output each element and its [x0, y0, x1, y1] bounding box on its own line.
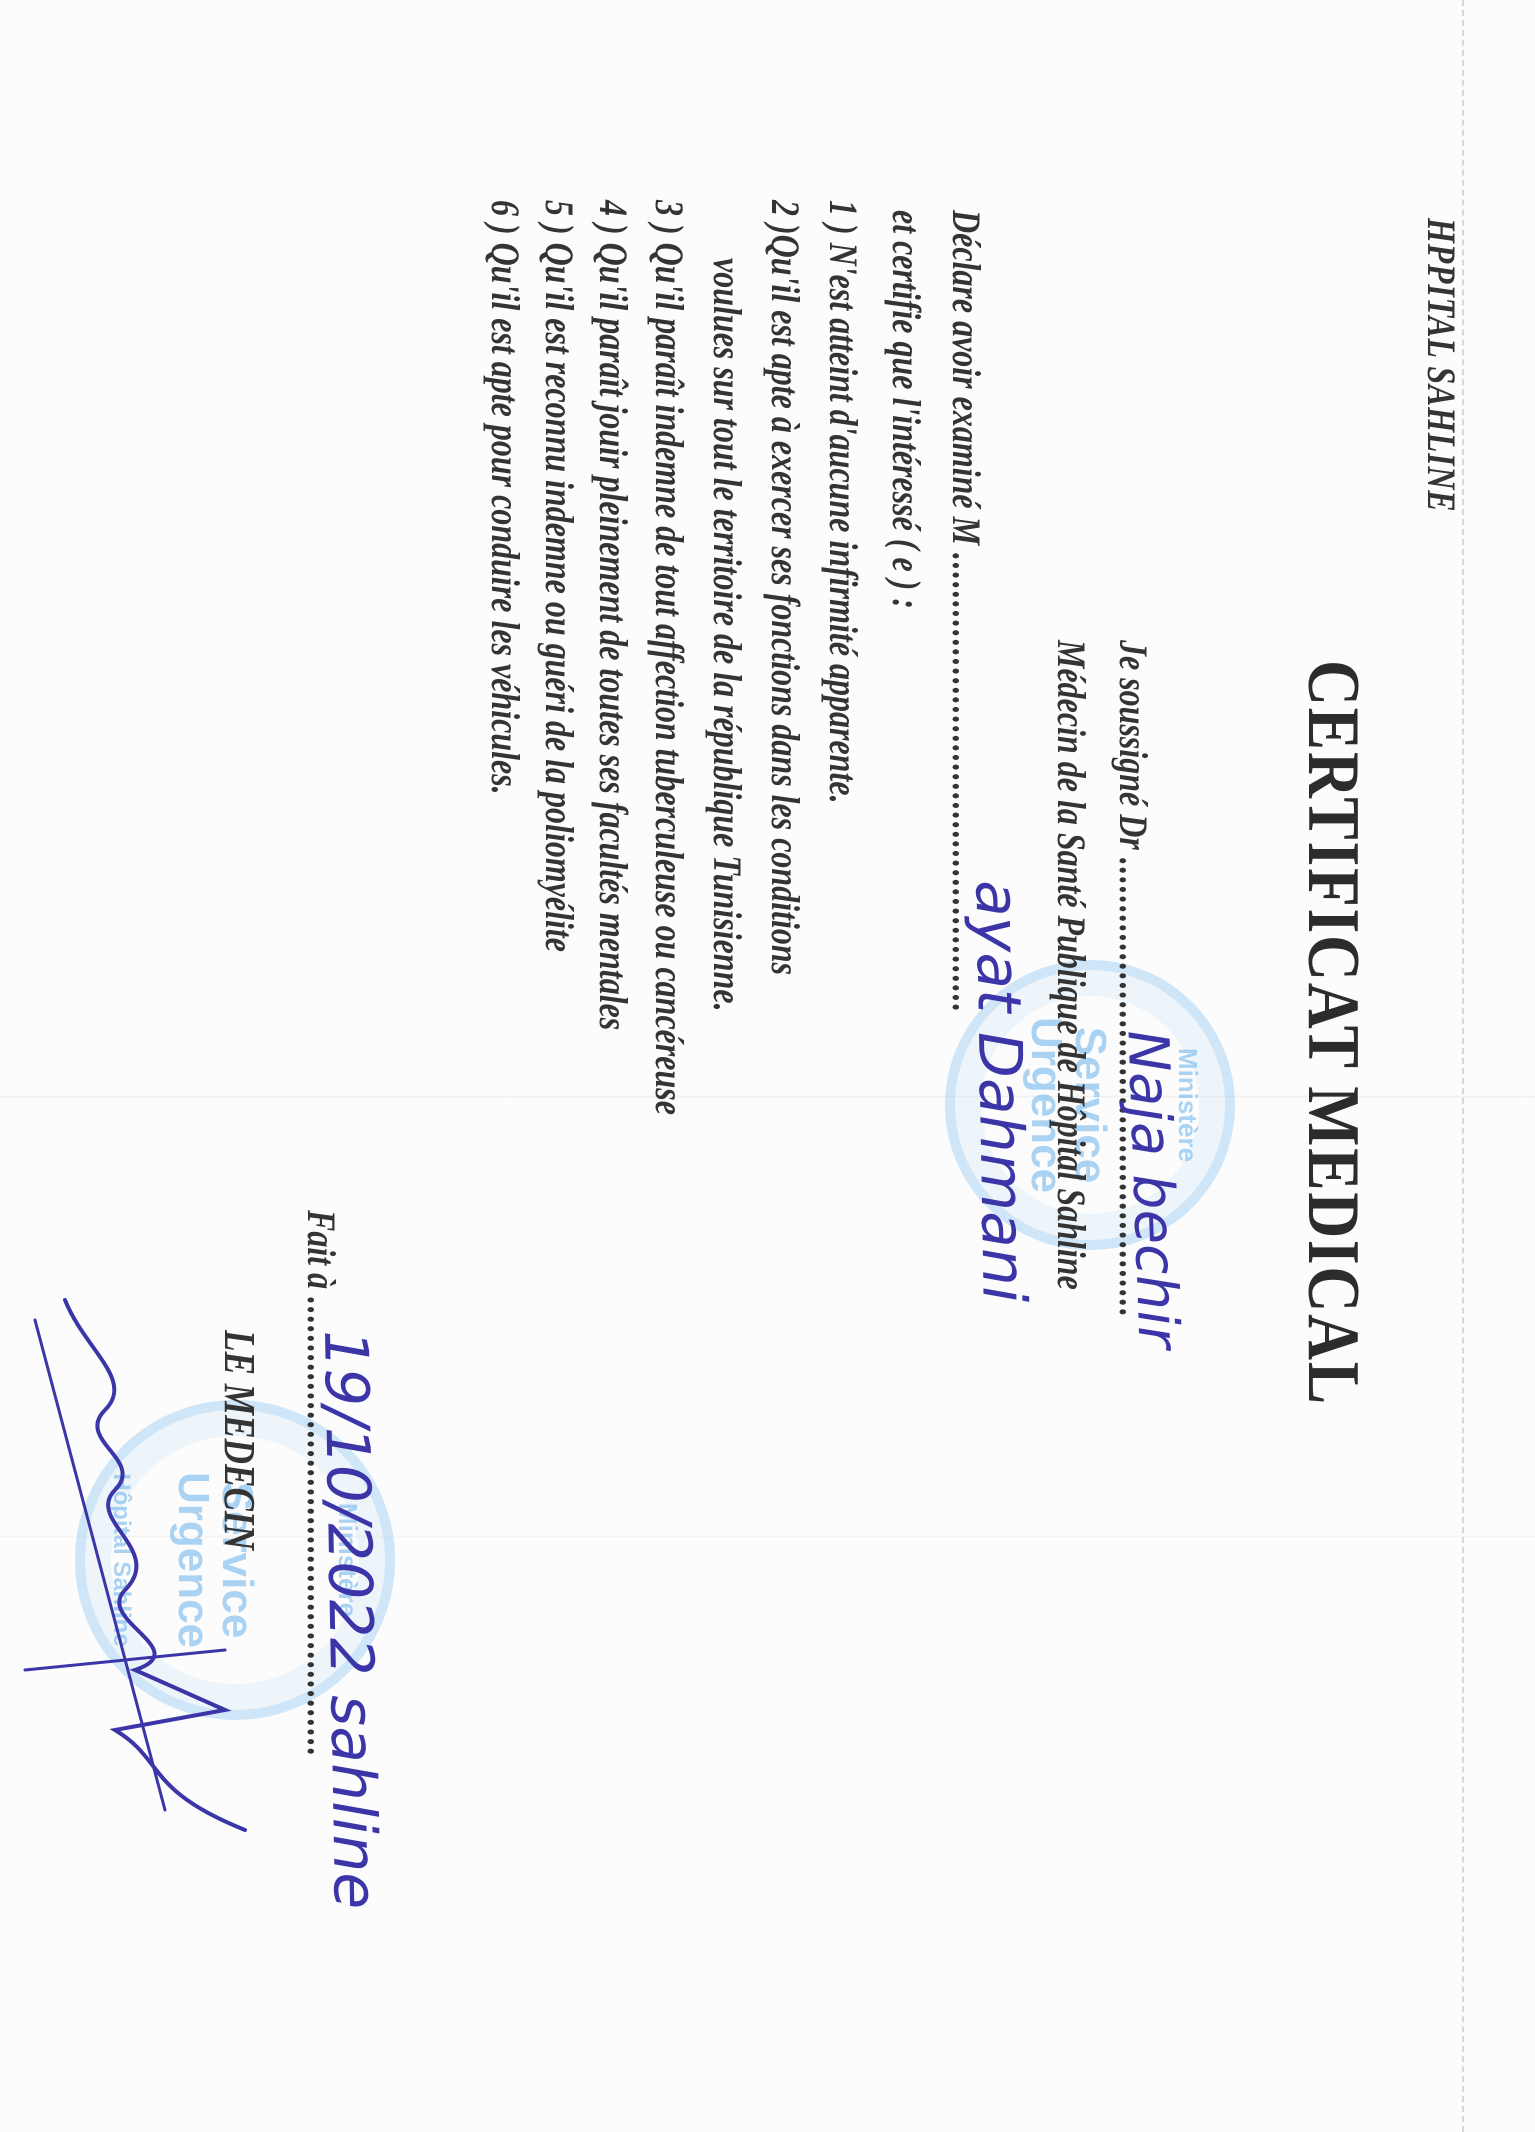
- patient-name-handwritten: ayat Dahmani: [961, 879, 1038, 1303]
- condition-item: 4 ) Qu'il paraît jouir pleinement de tou…: [590, 200, 637, 1030]
- fait-label: Fait à: [299, 1210, 344, 1289]
- doctor-signature: [5, 1290, 285, 1850]
- certificate-page: HPPITAL SAHLINE CERTIFICAT MEDICAL Minis…: [0, 0, 1535, 2132]
- certify-line: et certifie que l'intéressé ( e ) :: [883, 210, 930, 609]
- date-place-handwritten: 19/10/2022 sahline: [310, 1329, 390, 1909]
- declaration-label: Déclare avoir examiné M: [944, 210, 989, 545]
- condition-item: voulues sur tout le territoire de la rép…: [704, 258, 751, 1012]
- condition-item: 2 )Qu'il est apte à exercer ses fonction…: [762, 200, 809, 975]
- doctor-role-line: Médecin de la Santé Publique de Hôpital …: [1048, 640, 1095, 1290]
- doctor-label: Je soussigné Dr: [1111, 640, 1156, 850]
- condition-item: 1 ) N'est atteint d'aucune infirmité app…: [820, 200, 867, 804]
- doctor-name-handwritten: Naja bechir: [1114, 1029, 1190, 1350]
- hospital-header: HPPITAL SAHLINE: [1418, 218, 1465, 512]
- condition-item: 5 ) Qu'il est reconnu indemne ou guéri d…: [536, 200, 583, 952]
- document-title: CERTIFICAT MEDICAL: [1290, 660, 1375, 1406]
- condition-item: 6 ) Qu'il est apte pour conduire les véh…: [482, 200, 529, 795]
- condition-item: 3 ) Qu'il paraît indemne de tout affecti…: [646, 200, 693, 1115]
